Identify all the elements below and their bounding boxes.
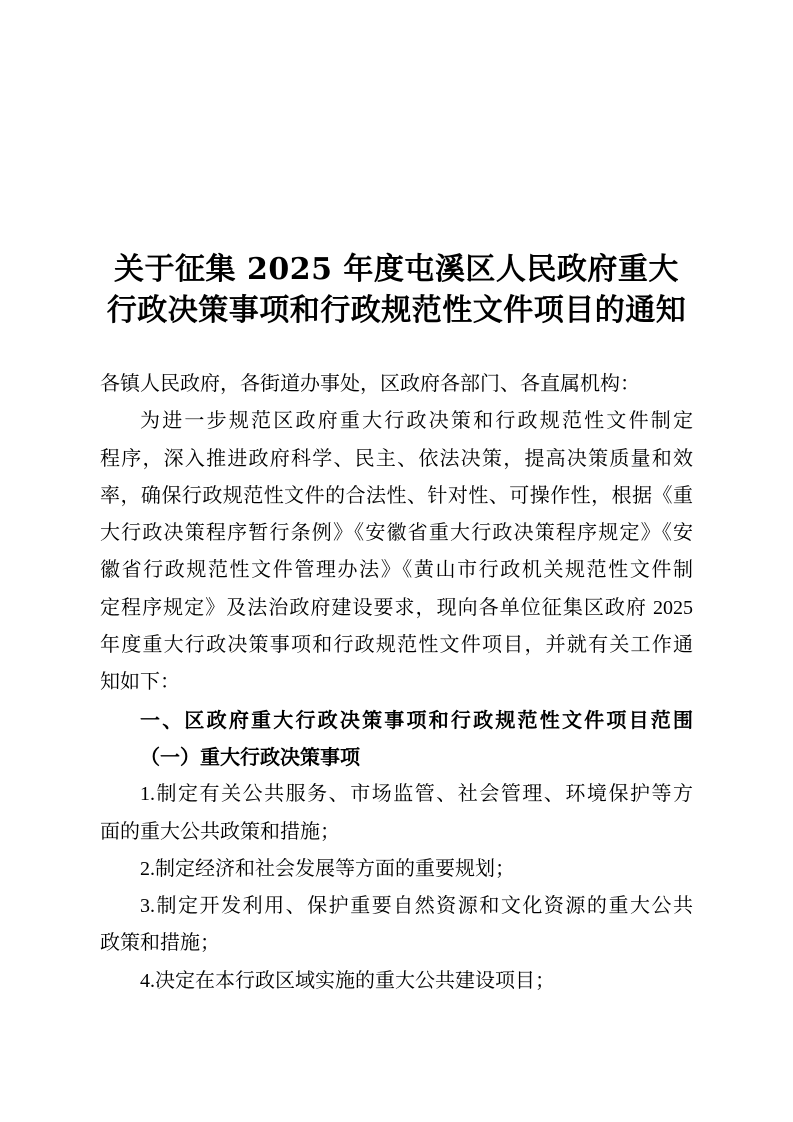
list-item-3-line: 政策和措施； xyxy=(100,925,693,962)
list-item-2-line: 2.制定经济和社会发展等方面的重要规划； xyxy=(100,851,693,888)
list-item-3-line: 3.制定开发利用、保护重要自然资源和文化资源的重大公共 xyxy=(100,888,693,925)
paragraph-line: 定程序规定》及法治政府建设要求，现向各单位征集区政府 2025 xyxy=(100,590,693,627)
list-item-1-line: 面的重大公共政策和措施； xyxy=(100,814,693,851)
list-item-1-line: 1.制定有关公共服务、市场监管、社会管理、环境保护等方 xyxy=(100,776,693,813)
paragraph-line: 大行政决策程序暂行条例》《安徽省重大行政决策程序规定》《安 xyxy=(100,515,693,552)
paragraph-line: 程序，深入推进政府科学、民主、依法决策，提高决策质量和效 xyxy=(100,441,693,478)
paragraph-line: 知如下： xyxy=(100,664,693,701)
document-title-line-2: 行政决策事项和行政规范性文件项目的通知 xyxy=(40,290,753,331)
document-title-line-1: 关于征集 2025 年度屯溪区人民政府重大 xyxy=(40,249,753,290)
paragraph-line: 为进一步规范区政府重大行政决策和行政规范性文件制定 xyxy=(100,403,693,440)
document-page: 关于征集 2025 年度屯溪区人民政府重大 行政决策事项和行政规范性文件项目的通… xyxy=(0,0,793,1122)
document-title: 关于征集 2025 年度屯溪区人民政府重大 行政决策事项和行政规范性文件项目的通… xyxy=(40,249,753,331)
list-item-4-line: 4.决定在本行政区域实施的重大公共建设项目； xyxy=(100,963,693,1000)
section-heading-1: 一、区政府重大行政决策事项和行政规范性文件项目范围 xyxy=(100,702,693,739)
paragraph-line: 徽省行政规范性文件管理办法》《黄山市行政机关规范性文件制 xyxy=(100,552,693,589)
salutation-line: 各镇人民政府，各街道办事处，区政府各部门、各直属机构： xyxy=(100,366,693,403)
paragraph-line: 年度重大行政决策事项和行政规范性文件项目，并就有关工作通 xyxy=(100,627,693,664)
section-heading-1-1: （一）重大行政决策事项 xyxy=(100,739,693,776)
document-body: 各镇人民政府，各街道办事处，区政府各部门、各直属机构： 为进一步规范区政府重大行… xyxy=(100,366,693,1000)
paragraph-line: 率，确保行政规范性文件的合法性、针对性、可操作性，根据《重 xyxy=(100,478,693,515)
